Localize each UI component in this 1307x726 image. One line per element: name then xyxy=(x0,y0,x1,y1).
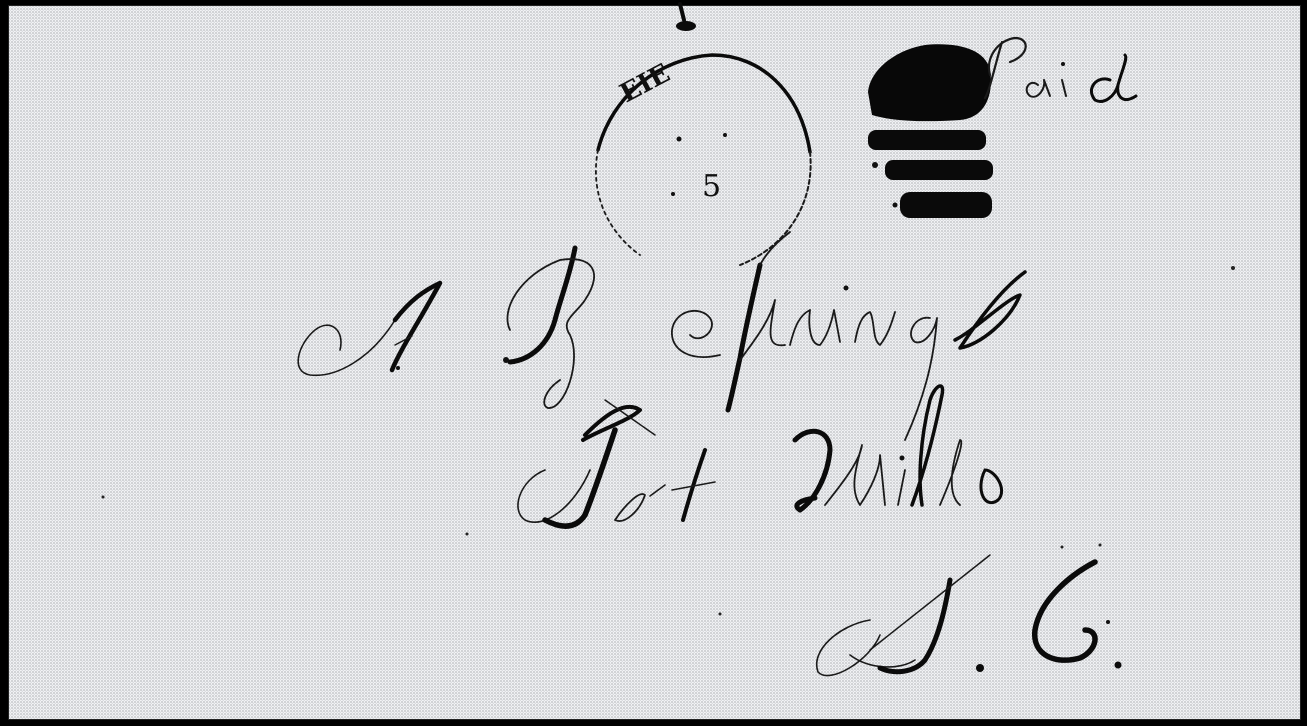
address-line-3-script xyxy=(817,555,1122,676)
postmark: EIE 5 xyxy=(596,55,811,265)
postmark-day: 5 xyxy=(702,169,721,204)
address-line-1-script xyxy=(298,232,1025,440)
address-line-2-script xyxy=(518,386,1002,526)
grid-cancel xyxy=(868,44,993,218)
image-frame: EIE 5 xyxy=(0,0,1307,726)
top-ink-blot xyxy=(676,4,696,31)
envelope-markings: EIE 5 xyxy=(0,0,1307,726)
paper-specks xyxy=(102,266,1236,616)
paid-marking xyxy=(985,38,1136,101)
